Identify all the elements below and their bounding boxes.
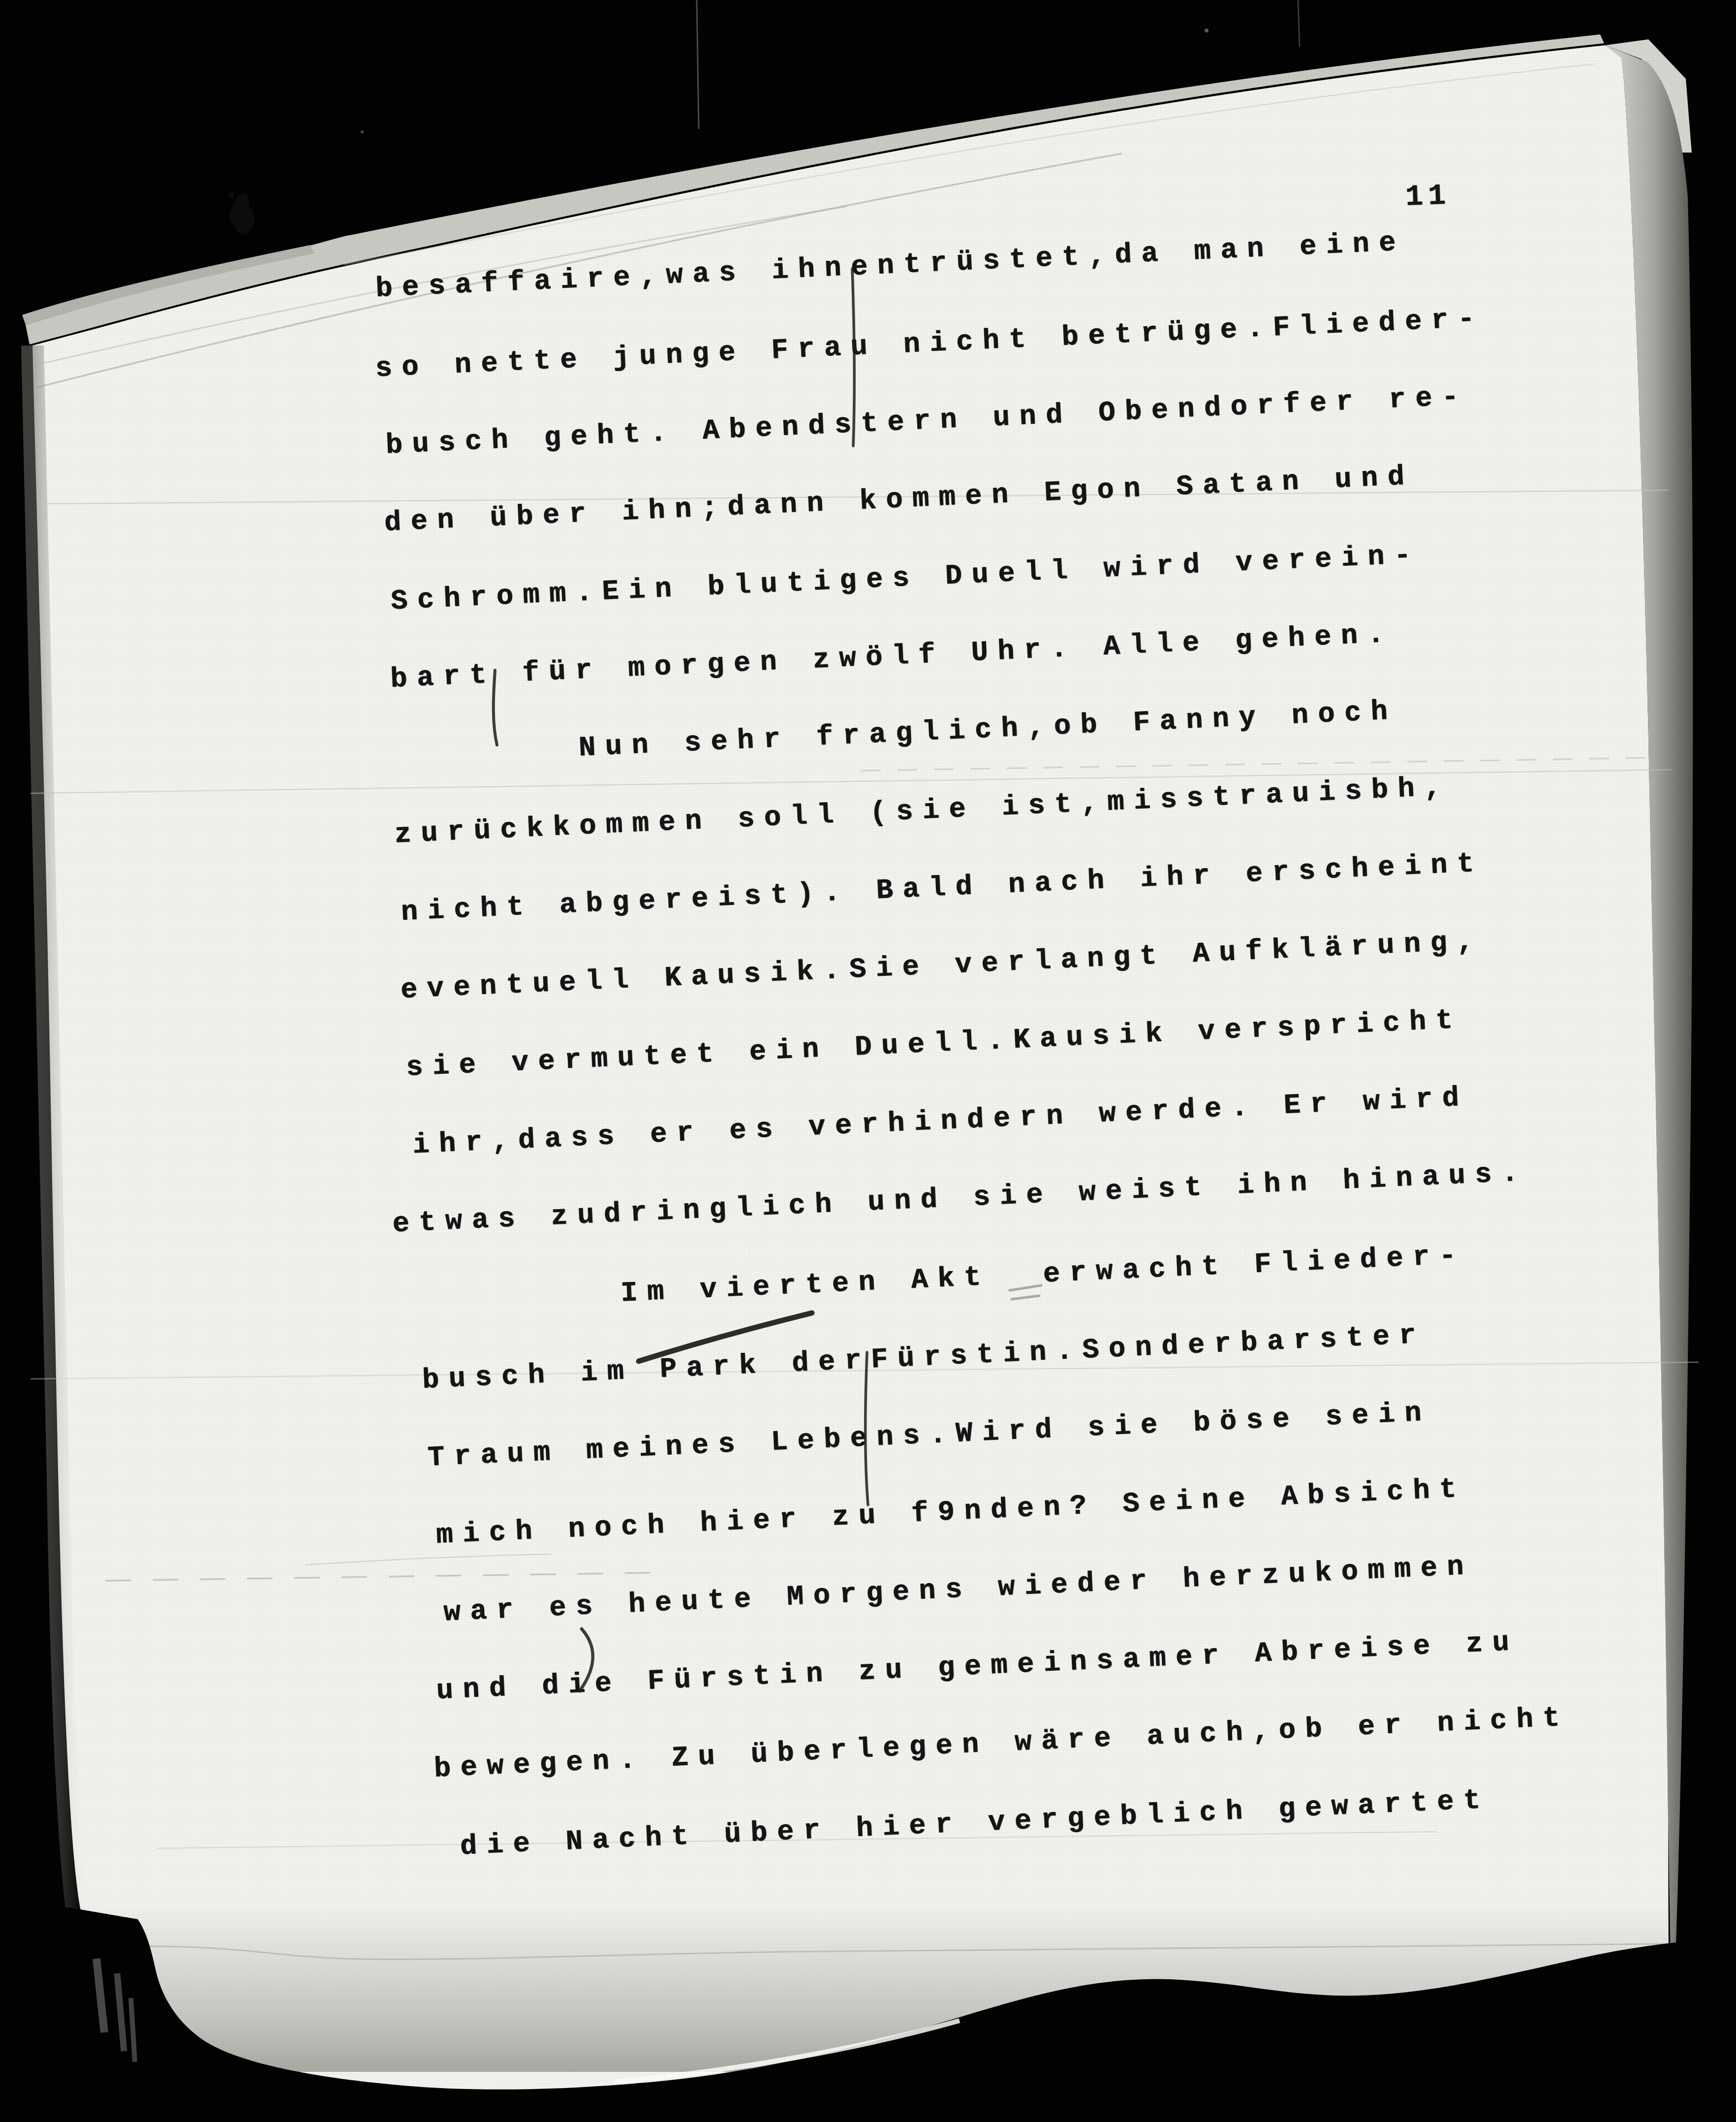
typewritten-line: zurückkommen soll (sie ist,misstrauisbh,: [394, 772, 1451, 851]
typewritten-line: die Nacht über hier vergeblich gewartet: [460, 1784, 1490, 1863]
typewritten-text-block: besaffaire,was ihnentrüstet,da man eine …: [375, 216, 1729, 1945]
typewritten-line: Traum meines Lebens.Wird sie böse sein: [427, 1397, 1432, 1474]
typewritten-line: Schromm.Ein blutiges Duell wird verein-: [390, 539, 1421, 618]
typewritten-line: Nun sehr fraglich,ob Fanny noch: [578, 696, 1398, 764]
scanned-manuscript-page: besaffaire,was ihnentrüstet,da man eine …: [0, 0, 1736, 2122]
typewritten-line: eventuell Kausik.Sie verlangt Aufklärung…: [400, 926, 1484, 1006]
film-scratch: [1298, 0, 1300, 47]
typewritten-line: ihr,dass er es verhindern werde. Er wird: [412, 1082, 1469, 1161]
typewritten-line: busch geht. Abendstern und Obendorfer re…: [385, 381, 1469, 462]
typewritten-line: war es heute Morgens wieder herzukommen: [443, 1551, 1474, 1629]
typewritten-line: Im vierten Akt erwacht Flieder-: [620, 1240, 1466, 1310]
page-number: 11: [1405, 179, 1451, 214]
ink-blot: [229, 192, 255, 235]
typewritten-line: busch im Park derFürstin.Sonderbarster: [422, 1319, 1426, 1397]
typewritten-line: und die Fürstin zu gemeinsamer Abreise z…: [435, 1626, 1519, 1707]
typewritten-line: nicht abgereist). Bald nach ihr erschein…: [401, 848, 1485, 929]
typewritten-line: so nette junge Frau nicht betrüge.Fliede…: [374, 303, 1485, 385]
typewritten-line: mich noch hier zu f9nden? Seine Absicht: [435, 1473, 1466, 1552]
typewritten-line: bart für morgen zwölf Uhr. Alle gehen.: [390, 619, 1395, 696]
typewritten-line: bewegen. Zu überlegen wäre auch,ob er ni…: [434, 1702, 1570, 1785]
typewritten-line: den über ihn;dann kommen Egon Satan und: [384, 461, 1415, 539]
film-scratch: [697, 0, 699, 129]
typewritten-line: etwas zudringlich und sie weist ihn hina…: [392, 1157, 1528, 1241]
typewritten-line: sie vermutet ein Duell.Kausik verspricht: [405, 1004, 1463, 1084]
